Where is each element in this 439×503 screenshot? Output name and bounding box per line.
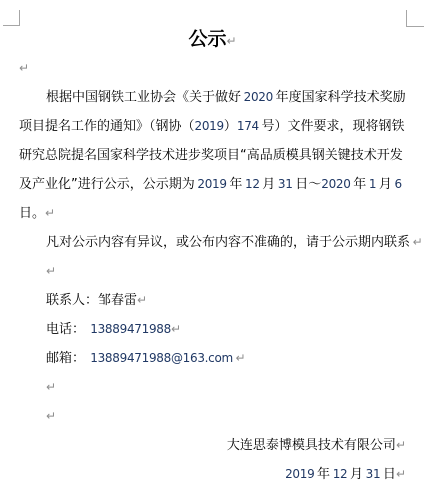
body-paragraph-line-4: 及产业化”进行公示，公示期为 2019 年 12 月 31 日～2020 年 1… bbox=[19, 170, 406, 199]
body-paragraph-line-3: 研究总院提名国家科学技术进步奖项目“高品质模具钢关键技术开发 bbox=[19, 141, 406, 170]
empty-paragraph: ↵ bbox=[19, 402, 406, 431]
signature-date-line: 2019 年 12 月 31 日↵ bbox=[19, 460, 406, 489]
company-signature-line: 大连思泰博模具技术有限公司↵ bbox=[19, 431, 406, 460]
text-boundary-mark-top-left bbox=[3, 10, 20, 26]
notice-paragraph-line: 凡对公示内容有异议，或公布内容不准确的，请于公示期内联系 ↵ bbox=[19, 228, 406, 257]
document-title: 公示↵ bbox=[19, 25, 406, 54]
document-page: { "colors": { "page_background": "#fffff… bbox=[0, 0, 439, 503]
contact-phone-line: 电话： 13889471988↵ bbox=[19, 315, 406, 344]
empty-paragraph: ↵ bbox=[19, 257, 406, 286]
body-paragraph-line-5: 日。↵ bbox=[19, 199, 406, 228]
empty-paragraph: ↵ bbox=[19, 373, 406, 402]
contact-email-line: 邮箱： 13889471988@163.com ↵ bbox=[19, 344, 406, 373]
contact-person-line: 联系人：邹春雷↵ bbox=[19, 286, 406, 315]
body-paragraph-line-2: 项目提名工作的通知》（钢协（2019）174 号）文件要求，现将钢铁 bbox=[19, 112, 406, 141]
text-boundary-mark-top-right bbox=[406, 10, 424, 27]
empty-paragraph: ↵ bbox=[19, 54, 406, 83]
document-body: 公示↵ ↵ 根据中国钢铁工业协会《关于做好 2020 年度国家科学技术奖励 项目… bbox=[19, 25, 406, 489]
body-paragraph-line-1: 根据中国钢铁工业协会《关于做好 2020 年度国家科学技术奖励 bbox=[19, 83, 406, 112]
